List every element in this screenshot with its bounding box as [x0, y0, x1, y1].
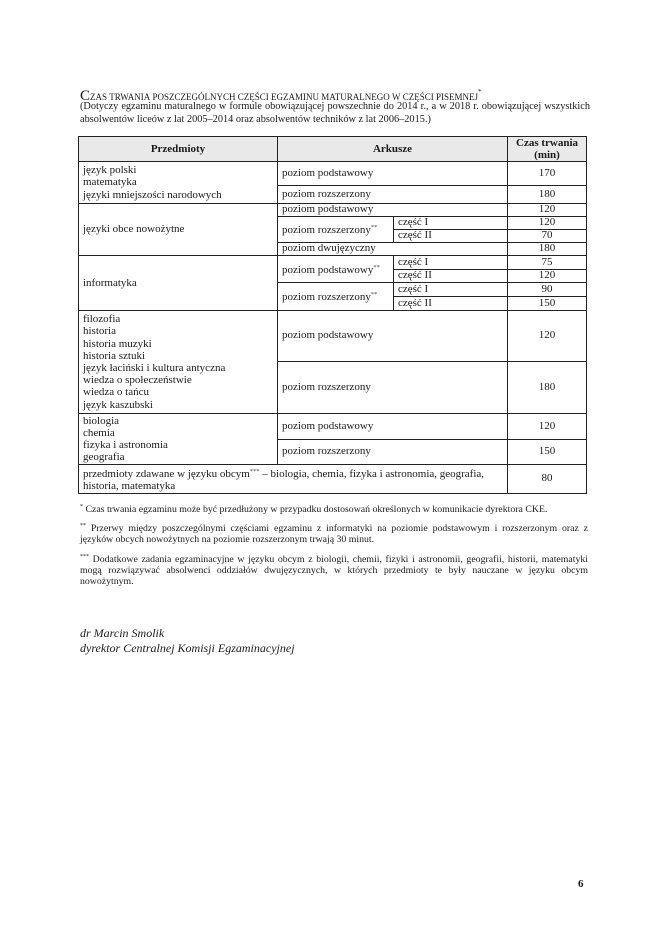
duration-cell: 90	[508, 283, 587, 297]
duration-cell: 120	[508, 270, 587, 283]
duration-cell: 120	[508, 414, 587, 440]
level-cell: poziom podstawowy	[278, 414, 508, 440]
subject-name: biologia	[83, 415, 273, 427]
table-body: język polskimatematykajęzyki mniejszości…	[79, 162, 587, 494]
level-cell: poziom rozszerzony	[278, 440, 508, 465]
subject-name: historia	[83, 325, 273, 337]
level-cell: poziom dwujęzyczny	[278, 243, 508, 256]
signatory-name: dr Marcin Smolik	[80, 626, 295, 641]
duration-cell: 75	[508, 256, 587, 270]
level-cell: poziom rozszerzony	[278, 362, 508, 414]
duration-cell: 180	[508, 362, 587, 414]
subject-name: fizyka i astronomia	[83, 439, 273, 451]
header-sheets: Arkusze	[278, 137, 508, 162]
footnote: * Czas trwania egzaminu może być przedłu…	[80, 502, 588, 515]
part-cell: część II	[394, 297, 508, 311]
footnote: ** Przerwy między poszczególnymi częścia…	[80, 521, 588, 545]
signature: dr Marcin Smolik dyrektor Centralnej Kom…	[80, 626, 295, 656]
footnote-marker: **	[373, 264, 380, 271]
level-label: poziom podstawowy	[282, 329, 373, 341]
footnote-marker: **	[371, 291, 378, 298]
footnote-marker: ***	[250, 468, 260, 475]
duration-cell: 120	[508, 217, 587, 230]
subject-name: matematyka	[83, 176, 273, 188]
level-cell: poziom rozszerzony	[278, 186, 508, 204]
level-label: poziom rozszerzony	[282, 291, 371, 303]
title-footnote-marker: *	[478, 88, 482, 96]
level-label: poziom podstawowy	[282, 167, 373, 179]
level-label: poziom rozszerzony	[282, 188, 371, 200]
part-cell: część II	[394, 270, 508, 283]
duration-cell: 120	[508, 311, 587, 362]
subjects-cell: informatyka	[79, 256, 278, 311]
part-cell: część II	[394, 230, 508, 243]
subject-name: język łaciński i kultura antyczna	[83, 362, 273, 374]
duration-cell: 70	[508, 230, 587, 243]
subjects-cell: język polskimatematykajęzyki mniejszości…	[79, 162, 278, 204]
table-row: język polskimatematykajęzyki mniejszości…	[79, 162, 587, 186]
foreign-subjects-cell: przedmioty zdawane w języku obcym*** – b…	[79, 465, 508, 494]
subject-name: języki obce nowożytne	[83, 223, 273, 235]
foreign-label: przedmioty zdawane w języku obcym	[83, 468, 250, 480]
level-label: poziom podstawowy	[282, 420, 373, 432]
subject-name: wiedza o tańcu	[83, 386, 273, 398]
subject-name: informatyka	[83, 277, 273, 289]
level-cell: poziom podstawowy	[278, 162, 508, 186]
footnote-marker: **	[371, 224, 378, 231]
exam-duration-table: Przedmioty Arkusze Czas trwania (min) ję…	[78, 136, 587, 494]
duration-cell: 150	[508, 297, 587, 311]
footnote-text: Dodatkowe zadania egzaminacyjne w języku…	[80, 554, 588, 587]
part-cell: część I	[394, 283, 508, 297]
level-label: poziom podstawowy	[282, 203, 373, 215]
subject-name: wiedza o społeczeństwie	[83, 374, 273, 386]
page-subtitle: (Dotyczy egzaminu maturalnego w formule …	[80, 101, 590, 126]
footnote-text: Przerwy między poszczególnymi częściami …	[80, 523, 588, 545]
table-header-row: Przedmioty Arkusze Czas trwania (min)	[79, 137, 587, 162]
signatory-position: dyrektor Centralnej Komisji Egzaminacyjn…	[80, 641, 295, 656]
header-duration: Czas trwania (min)	[508, 137, 587, 162]
subject-name: języki mniejszości narodowych	[83, 189, 273, 201]
table-row: przedmioty zdawane w języku obcym*** – b…	[79, 465, 587, 494]
subjects-cell: filozofiahistoriahistoria muzykihistoria…	[79, 311, 278, 414]
level-label: poziom rozszerzony	[282, 381, 371, 393]
footnote-text: Czas trwania egzaminu może być przedłużo…	[83, 504, 547, 515]
table-row: biologiachemiafizyka i astronomiageograf…	[79, 414, 587, 440]
header-subjects: Przedmioty	[79, 137, 278, 162]
duration-cell: 120	[508, 204, 587, 217]
subject-name: historia muzyki	[83, 338, 273, 350]
subject-name: chemia	[83, 427, 273, 439]
duration-cell: 180	[508, 243, 587, 256]
subjects-cell: języki obce nowożytne	[79, 204, 278, 256]
subject-name: geografia	[83, 451, 273, 463]
level-label: poziom dwujęzyczny	[282, 242, 376, 254]
level-label: poziom rozszerzony	[282, 224, 371, 236]
part-cell: część I	[394, 256, 508, 270]
document-page: Czas trwania poszczególnych części egzam…	[0, 0, 665, 941]
level-label: poziom rozszerzony	[282, 445, 371, 457]
table-row: filozofiahistoriahistoria muzykihistoria…	[79, 311, 587, 362]
footnote: *** Dodatkowe zadania egzaminacyjne w ję…	[80, 552, 588, 588]
duration-cell: 80	[508, 465, 587, 494]
level-cell: poziom rozszerzony**	[278, 217, 394, 243]
table-row: języki obce nowożytnepoziom podstawowy12…	[79, 204, 587, 217]
subject-name: język polski	[83, 164, 273, 176]
subject-name: historia sztuki	[83, 350, 273, 362]
footnotes: * Czas trwania egzaminu może być przedłu…	[80, 502, 588, 593]
level-cell: poziom podstawowy	[278, 311, 508, 362]
subject-name: filozofia	[83, 313, 273, 325]
subjects-cell: biologiachemiafizyka i astronomiageograf…	[79, 414, 278, 465]
level-cell: poziom podstawowy	[278, 204, 508, 217]
footnote-marker: ***	[80, 554, 89, 560]
level-label: poziom podstawowy	[282, 264, 373, 276]
duration-cell: 180	[508, 186, 587, 204]
subject-name: język kaszubski	[83, 399, 273, 411]
duration-cell: 150	[508, 440, 587, 465]
level-cell: poziom rozszerzony**	[278, 283, 394, 311]
page-number: 6	[578, 878, 584, 890]
part-cell: część I	[394, 217, 508, 230]
duration-cell: 170	[508, 162, 587, 186]
level-cell: poziom podstawowy**	[278, 256, 394, 283]
table-row: informatykapoziom podstawowy**część I75	[79, 256, 587, 270]
